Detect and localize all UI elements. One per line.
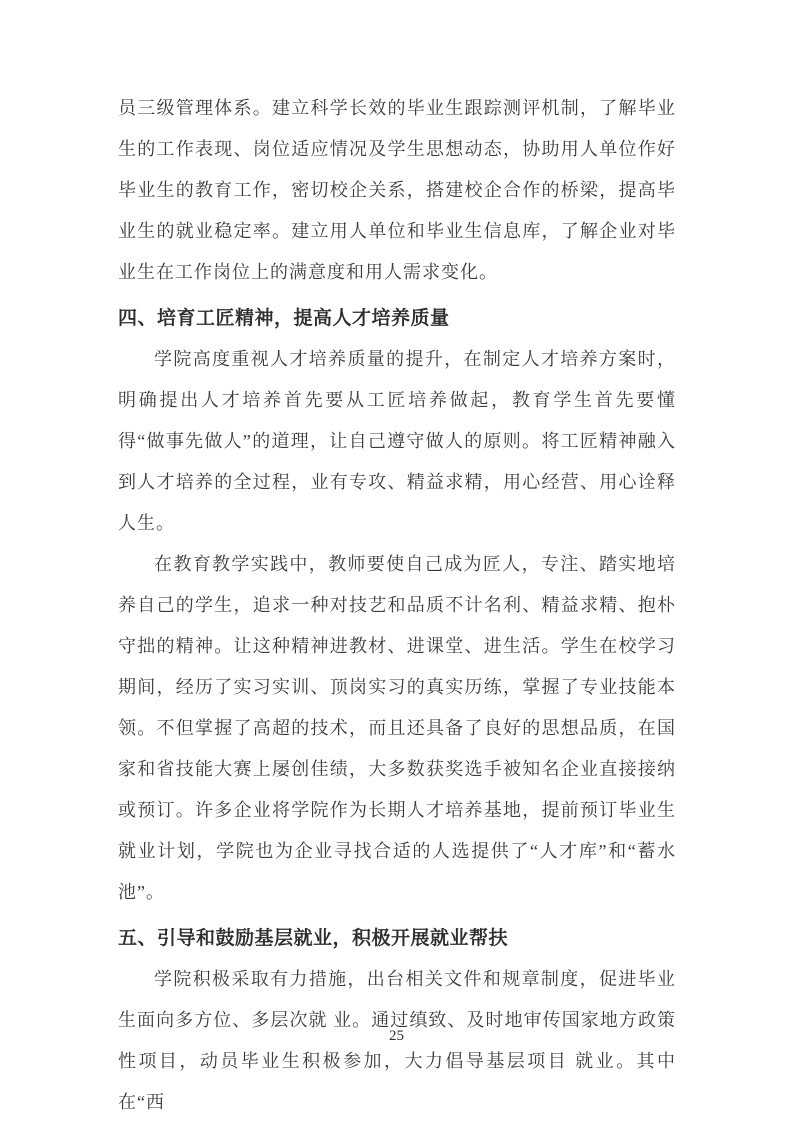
body-paragraph-continuation: 员三级管理体系。建立科学长效的毕业生跟踪测评机制，了解毕业生的工作表现、岗位适应… (118, 88, 676, 293)
body-paragraph: 在教育教学实践中，教师要使自己成为匠人，专注、踏实地培养自己的学生，追求一种对技… (118, 544, 676, 913)
section-heading-5: 五、引导和鼓励基层就业，积极开展就业帮扶 (118, 918, 676, 959)
document-content: 员三级管理体系。建立科学长效的毕业生跟踪测评机制，了解毕业生的工作表现、岗位适应… (118, 88, 676, 1122)
document-page: 员三级管理体系。建立科学长效的毕业生跟踪测评机制，了解毕业生的工作表现、岗位适应… (0, 0, 793, 1122)
section-heading-4: 四、培育工匠精神，提高人才培养质量 (118, 298, 676, 339)
body-paragraph: 学院高度重视人才培养质量的提升，在制定人才培养方案时，明确提出人才培养首先要从工… (118, 339, 676, 544)
page-number: 25 (0, 1026, 793, 1046)
